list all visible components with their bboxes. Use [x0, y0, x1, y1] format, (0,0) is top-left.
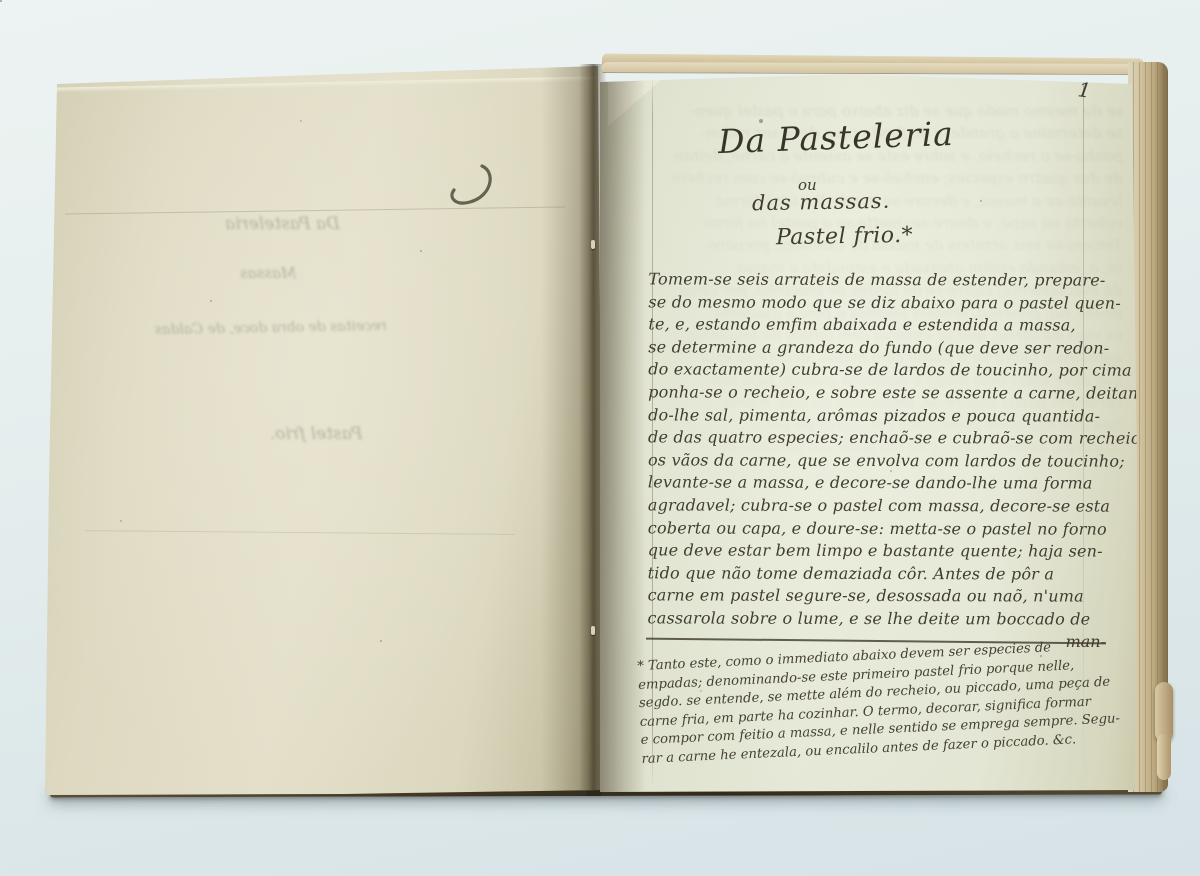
- body-line: Tomem-se seis arrateis de massa de esten…: [648, 268, 1110, 292]
- body-line: se determine a grandeza do fundo (que de…: [648, 336, 1110, 360]
- leaf-edge: [602, 62, 1144, 74]
- recipe-heading: Pastel frio.*: [776, 223, 914, 250]
- body-line: ponha-se o recheio, e sobre este se asse…: [648, 381, 1110, 405]
- binding-stitch: [591, 240, 595, 249]
- body-line: coberta ou capa, e doure-se: metta-se o …: [648, 517, 1110, 541]
- body-line: tido que não tome demaziada côr. Antes d…: [648, 562, 1110, 586]
- footnote: * Tanto este, como o immediato abaixo de…: [637, 636, 1120, 769]
- body-line: agradavel; cubra-se o pastel com massa, …: [648, 494, 1110, 518]
- binding-stitch: [591, 626, 595, 635]
- body-line: do exactamente) cubra-se de lardos de to…: [648, 359, 1110, 383]
- right-page: se do mesmo modo que se diz abaixo para …: [600, 66, 1145, 794]
- body-line: levante-se a massa, e decore-se dando-lh…: [648, 472, 1110, 496]
- body-line: cassarola sobre o lume, e se lhe deite u…: [648, 607, 1110, 631]
- body-line: os vãos da carne, que se envolva com lar…: [648, 449, 1110, 473]
- folded-leaf-edge: [1157, 734, 1171, 780]
- manuscript-photo: Da Pasteleria Massas receitas de obra do…: [0, 0, 1200, 876]
- left-page: Da Pasteleria Massas receitas de obra do…: [45, 62, 601, 796]
- folded-leaf-edge: [1155, 682, 1173, 742]
- body-line: do-lhe sal, pimenta, arômas pizados e po…: [648, 404, 1110, 428]
- left-page-top-edge: [55, 76, 600, 92]
- showthrough-text: receitas de obra doce, de Caldas: [155, 318, 387, 338]
- chapter-title: Da Pasteleria: [717, 114, 954, 161]
- chapter-subtitle: das massas.: [752, 189, 891, 215]
- ink-blot-mark: [430, 158, 500, 228]
- body-line: te, e, estando emfim abaixada e estendid…: [648, 314, 1110, 338]
- manuscript-body: Tomem-se seis arrateis de massa de esten…: [648, 268, 1111, 631]
- body-line: de das quatro especies; enchaõ-se e cubr…: [648, 427, 1110, 451]
- paper-specks: [0, 0, 2, 2]
- body-line: carne em pastel segure-se, desossada ou …: [648, 585, 1110, 609]
- showthrough-text: Massas: [240, 264, 296, 282]
- body-line: que deve estar bem limpo e bastante quen…: [648, 540, 1110, 564]
- showthrough-text: Pastel frio.: [270, 424, 362, 444]
- left-page-crease: [85, 530, 515, 535]
- body-line: se do mesmo modo que se diz abaixo para …: [648, 291, 1110, 315]
- showthrough-text: Da Pasteleria: [225, 214, 340, 234]
